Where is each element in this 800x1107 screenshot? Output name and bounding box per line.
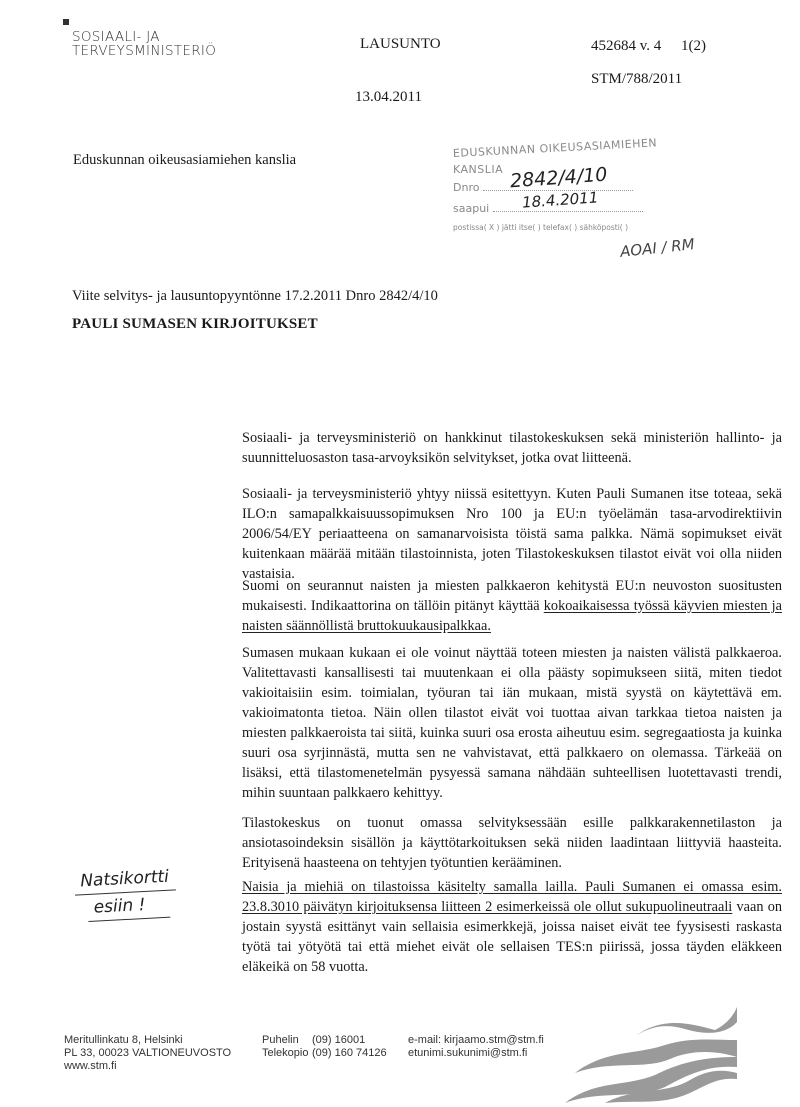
stamp-dnro-label: Dnro bbox=[453, 181, 479, 194]
registry-number: STM/788/2011 bbox=[591, 71, 682, 88]
recipient: Eduskunnan oikeusasiamiehen kanslia bbox=[73, 152, 296, 169]
reference-line: Viite selvitys- ja lausuntopyyntönne 17.… bbox=[72, 288, 438, 305]
footer-email: e-mail: kirjaamo.stm@stm.fi etunimi.suku… bbox=[408, 1034, 544, 1060]
paragraph-4-text: Sumasen mukaan kukaan ei ole voinut näyt… bbox=[242, 643, 782, 803]
stamp-delivery-options: postissa( X ) jätti itse( ) telefax( ) s… bbox=[453, 223, 628, 232]
ministry-emblem-icon bbox=[63, 19, 69, 25]
phone-number: (09) 16001 bbox=[312, 1034, 365, 1046]
paragraph-5: Tilastokeskus on tuonut omassa selvityks… bbox=[242, 813, 782, 873]
page-indicator: 1(2) bbox=[681, 38, 706, 55]
paragraph-4: Sumasen mukaan kukaan ei ole voinut näyt… bbox=[242, 643, 782, 803]
paragraph-3: Suomi on seurannut naisten ja miesten pa… bbox=[242, 576, 782, 636]
paragraph-5-text: Tilastokeskus on tuonut omassa selvityks… bbox=[242, 813, 782, 873]
footer-street: Meritullinkatu 8, Helsinki bbox=[64, 1034, 231, 1047]
organization-name: SOSIAALI- JA TERVEYSMINISTERIÖ bbox=[72, 30, 216, 58]
footer-website-link[interactable]: www.stm.fi bbox=[64, 1060, 231, 1073]
stamp-saapui-label: saapui bbox=[453, 202, 489, 215]
fax-label: Telekopio bbox=[262, 1047, 312, 1060]
organization-line-1: SOSIAALI- JA bbox=[72, 30, 216, 44]
footer-email-registry[interactable]: e-mail: kirjaamo.stm@stm.fi bbox=[408, 1034, 544, 1047]
footer-address: Meritullinkatu 8, Helsinki PL 33, 00023 … bbox=[64, 1034, 231, 1073]
stamp-saapui-line bbox=[493, 211, 643, 212]
paragraph-2-text: Sosiaali- ja terveysministeriö yhtyy nii… bbox=[242, 484, 782, 584]
paragraph-1: Sosiaali- ja terveysministeriö on hankki… bbox=[242, 428, 782, 468]
paragraph-6-underlined: Naisia ja miehiä on tilastoissa käsitelt… bbox=[242, 879, 782, 915]
organization-line-2: TERVEYSMINISTERIÖ bbox=[72, 44, 216, 58]
paragraph-6: Naisia ja miehiä on tilastoissa käsitelt… bbox=[242, 877, 782, 977]
document-id: 452684 v. 4 bbox=[591, 38, 661, 55]
paragraph-1-text: Sosiaali- ja terveysministeriö on hankki… bbox=[242, 428, 782, 468]
handwritten-margin-note: Natsikortti esiin ! bbox=[74, 863, 177, 922]
document-type: LAUSUNTO bbox=[360, 36, 441, 53]
fax-number: (09) 160 74126 bbox=[312, 1047, 387, 1059]
document-title: PAULI SUMASEN KIRJOITUKSET bbox=[72, 316, 318, 333]
document-date: 13.04.2011 bbox=[355, 89, 422, 106]
stamp-initials: AOAI / RM bbox=[619, 235, 695, 261]
phone-label: Puhelin bbox=[262, 1034, 312, 1047]
stamp-line-1: EDUSKUNNAN OIKEUSASIAMIEHEN bbox=[453, 136, 658, 160]
margin-note-line-2: esiin ! bbox=[87, 891, 170, 922]
paragraph-2: Sosiaali- ja terveysministeriö yhtyy nii… bbox=[242, 484, 782, 584]
stamp-line-2: KANSLIA bbox=[453, 163, 503, 176]
wave-logo-icon bbox=[565, 995, 755, 1107]
footer-po-box: PL 33, 00023 VALTIONEUVOSTO bbox=[64, 1047, 231, 1060]
received-stamp: EDUSKUNNAN OIKEUSASIAMIEHEN KANSLIA Dnro… bbox=[450, 145, 710, 265]
footer-email-personal[interactable]: etunimi.sukunimi@stm.fi bbox=[408, 1047, 544, 1060]
footer-phone: Puhelin(09) 16001 Telekopio(09) 160 7412… bbox=[262, 1034, 387, 1060]
